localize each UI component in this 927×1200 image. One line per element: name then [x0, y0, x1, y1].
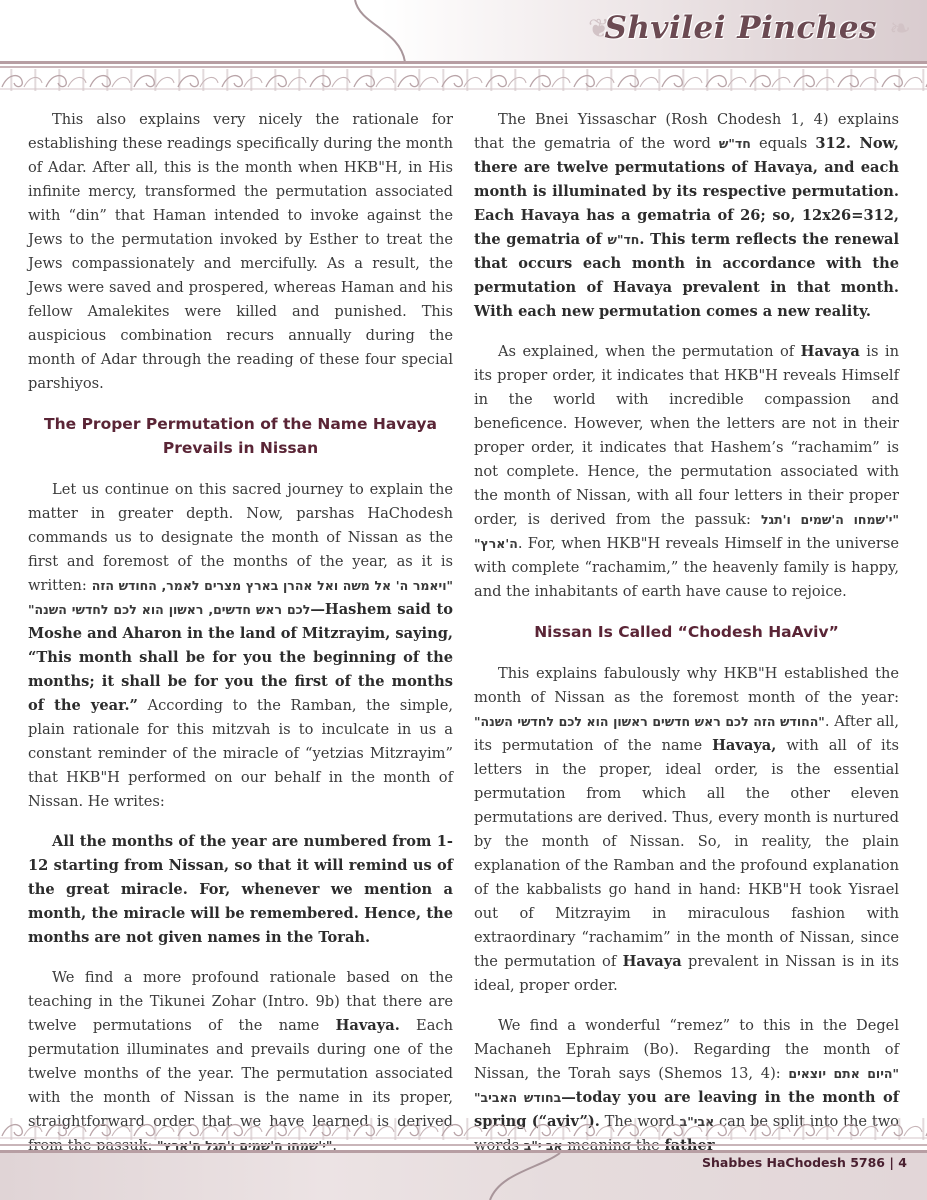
publication-title: Shvilei Pinches	[605, 10, 878, 46]
paragraph-text: This explains fabulously why HKB"H estab…	[474, 665, 899, 706]
quote-text: All the months of the year are numbered …	[28, 833, 453, 946]
page-number: 4	[898, 1155, 907, 1170]
paragraph-text: with all of its letters in the proper, i…	[474, 737, 899, 970]
paragraph-text: equals	[751, 135, 816, 152]
issue-name: Shabbes HaChodesh 5786	[702, 1155, 885, 1170]
bold-term: Havaya	[801, 343, 860, 360]
bold-term: Havaya,	[712, 737, 776, 754]
paragraph-proper-order: As explained, when the permutation of Ha…	[474, 340, 899, 604]
hebrew-quote: "החודש הזה לכם ראש חדשים ראשון הוא לכם ל…	[474, 714, 825, 729]
paragraph-foremost-month: This explains fabulously why HKB"H estab…	[474, 662, 899, 998]
separator: |	[889, 1155, 894, 1170]
page-header: ❦ Shvilei Pinches ❧	[0, 0, 927, 100]
paragraph-parshas-hachodesh: Let us continue on this sacred journey t…	[28, 478, 453, 814]
paragraph-text: This also explains very nicely the ratio…	[28, 111, 453, 392]
hebrew-word: חד"ש	[607, 232, 639, 247]
header-rule	[0, 61, 927, 64]
paragraph-adar-rationale: This also explains very nicely the ratio…	[28, 108, 453, 396]
section-heading-chodesh-haaviv: Nissan Is Called “Chodesh HaAviv”	[474, 620, 899, 644]
paragraph-text: is in its proper order, it indicates tha…	[474, 343, 899, 528]
paragraph-text: As explained, when the permutation of	[498, 343, 801, 360]
header-rule-thin	[0, 66, 927, 68]
paragraph-bnei-yissaschar: The Bnei Yissaschar (Rosh Chodesh 1, 4) …	[474, 108, 899, 324]
bold-term: Havaya	[623, 953, 682, 970]
right-column: The Bnei Yissaschar (Rosh Chodesh 1, 4) …	[474, 108, 899, 1174]
ornamental-border-top	[0, 69, 927, 91]
footer-rule-thin	[0, 1144, 927, 1146]
section-heading-proper-permutation: The Proper Permutation of the Name Havay…	[28, 412, 453, 460]
footer-issue-label: Shabbes HaChodesh 5786 | 4	[702, 1155, 907, 1170]
left-column: This also explains very nicely the ratio…	[28, 108, 453, 1174]
ornamental-border-bottom	[0, 1118, 927, 1140]
bold-term: Havaya.	[336, 1017, 400, 1034]
hebrew-word: חד"ש	[719, 136, 751, 151]
swirl-ornament-icon: ❧	[889, 14, 911, 44]
paragraph-text: . For, when HKB"H reveals Himself in the…	[474, 535, 899, 600]
ramban-quote: All the months of the year are numbered …	[28, 830, 453, 950]
